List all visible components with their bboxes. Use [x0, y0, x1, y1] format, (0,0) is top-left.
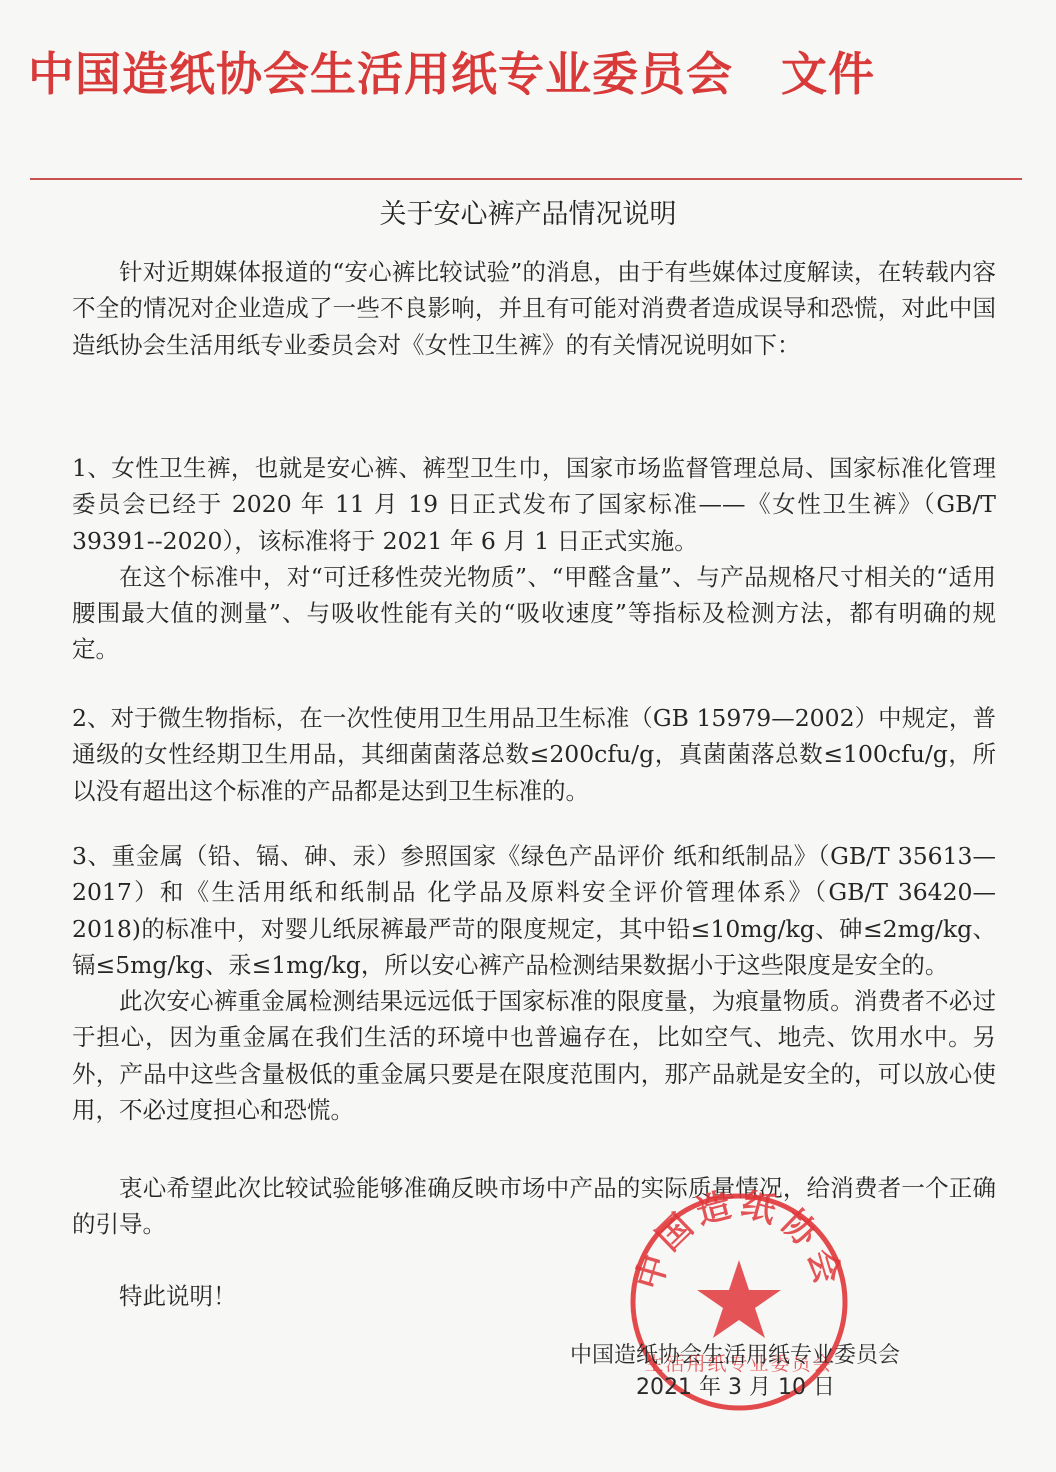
item-3-text: 3、重金属（铅、镉、砷、汞）参照国家《绿色产品评价 纸和纸制品》（GB/T 35… — [72, 838, 996, 983]
letterhead-doc-type: 文件 — [781, 47, 875, 101]
signature-block: 中国造纸协会生活用纸专业委员会 2021 年 3 月 10 日 — [564, 1340, 974, 1404]
closing-paragraph: 衷心希望此次比较试验能够准确反映市场中产品的实际质量情况，给消费者一个正确的引导… — [72, 1170, 996, 1243]
letterhead-organization: 中国造纸协会生活用纸专业委员会 — [28, 47, 733, 101]
intro-paragraph: 针对近期媒体报道的“安心裤比较试验”的消息，由于有些媒体过度解读，在转载内容不全… — [72, 254, 996, 363]
intro-text: 针对近期媒体报道的“安心裤比较试验”的消息，由于有些媒体过度解读，在转载内容不全… — [72, 254, 996, 363]
document-title: 关于安心裤产品情况说明 — [0, 192, 1056, 231]
letterhead-divider — [30, 178, 1022, 180]
section-3: 3、重金属（铅、镉、砷、汞）参照国家《绿色产品评价 纸和纸制品》（GB/T 35… — [72, 838, 996, 1128]
signature-organization: 中国造纸协会生活用纸专业委员会 — [564, 1340, 974, 1372]
item-1-text: 1、女性卫生裤，也就是安心裤、裤型卫生巾，国家市场监督管理总局、国家标准化管理委… — [72, 450, 996, 559]
item-1-continuation: 在这个标准中，对“可迁移性荧光物质”、“甲醛含量”、与产品规格尺寸相关的“适用腰… — [72, 559, 996, 668]
section-2: 2、对于微生物指标，在一次性使用卫生用品卫生标准（GB 15979—2002）中… — [72, 700, 996, 809]
signature-date: 2021 年 3 月 10 日 — [564, 1372, 974, 1404]
item-2-text: 2、对于微生物指标，在一次性使用卫生用品卫生标准（GB 15979—2002）中… — [72, 700, 996, 809]
statement-text: 特此说明！ — [72, 1278, 996, 1314]
letterhead-title: 中国造纸协会生活用纸专业委员会文件 — [28, 38, 1028, 104]
star-icon — [697, 1260, 781, 1338]
item-3-continuation: 此次安心裤重金属检测结果远远低于国家标准的限度量，为痕量物质。消费者不必过于担心… — [72, 983, 996, 1128]
section-1: 1、女性卫生裤，也就是安心裤、裤型卫生巾，国家市场监督管理总局、国家标准化管理委… — [72, 450, 996, 668]
statement-paragraph: 特此说明！ — [72, 1278, 996, 1314]
closing-text: 衷心希望此次比较试验能够准确反映市场中产品的实际质量情况，给消费者一个正确的引导… — [72, 1170, 996, 1243]
